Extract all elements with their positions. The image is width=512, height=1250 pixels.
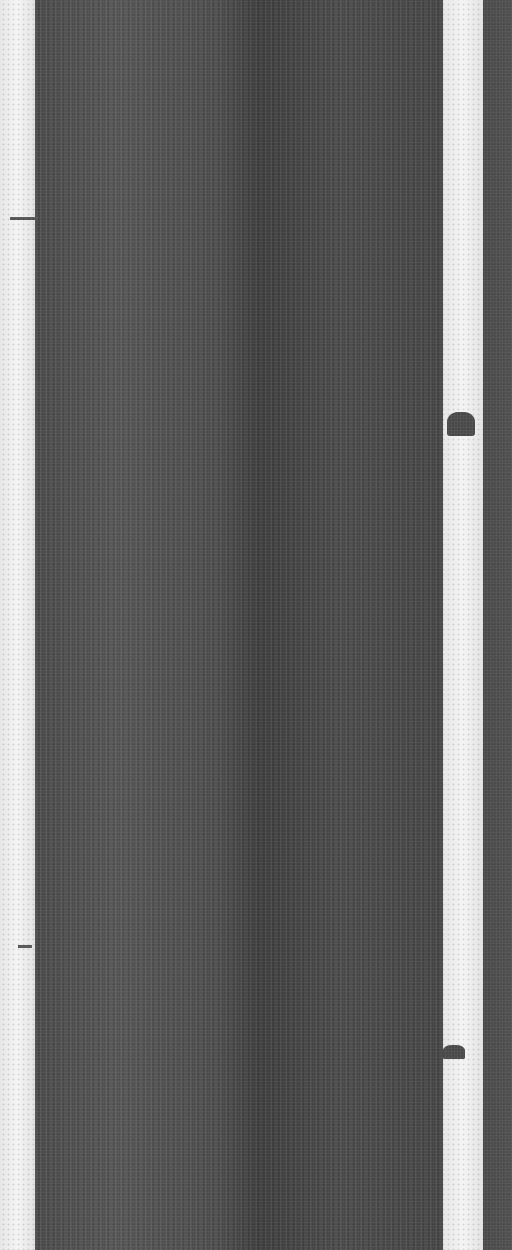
asphalt-lane	[35, 0, 443, 1250]
marking-crack	[10, 217, 38, 220]
marking-wear-patch	[447, 412, 475, 436]
right-lane-marking	[443, 0, 483, 1250]
marking-wear-patch	[443, 1045, 465, 1059]
left-lane-marking	[0, 0, 35, 1250]
marking-crack	[18, 945, 32, 948]
road-scene	[0, 0, 512, 1250]
adjacent-asphalt	[483, 0, 512, 1250]
